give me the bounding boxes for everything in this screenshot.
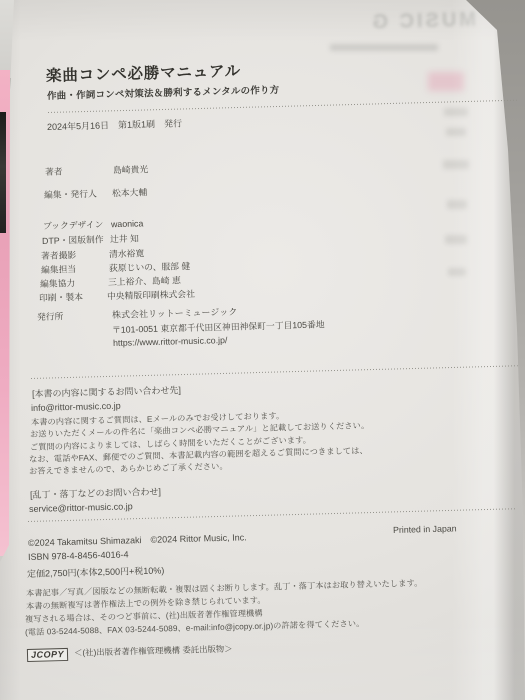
dotted-rule-top <box>48 100 518 113</box>
content-inquiry-heading: [本書の内容に関するお問い合わせ先] <box>32 383 181 400</box>
credit-label: 印刷・製本 <box>39 289 107 304</box>
copyright-line: ©2024 Takamitsu Shimazaki ©2024 Rittor M… <box>28 530 247 549</box>
defect-inquiry-email: service@rittor-music.co.jp <box>29 501 133 514</box>
credit-value: 松本大輔 <box>112 187 147 198</box>
credit-label: 編集・発行人 <box>44 186 112 201</box>
edition-line: 2024年5月16日 第1版1刷 発行 <box>47 116 182 133</box>
publisher-name: 株式会社リットーミュージック <box>112 305 238 321</box>
jcopy-logo: JCOPY <box>27 648 68 662</box>
content-inquiry-email: info@rittor-music.co.jp <box>31 401 121 413</box>
book-title: 楽曲コンペ必勝マニュアル <box>46 59 241 86</box>
jcopy-row: JCOPY＜(社)出版者著作権管理機構 委託出版物＞ <box>27 640 233 663</box>
defect-inquiry-heading: [乱丁・落丁などのお問い合わせ] <box>30 485 161 501</box>
publisher-url: https://www.rittor-music.co.jp/ <box>113 335 228 348</box>
credit-label: 著者 <box>45 163 113 178</box>
isbn-line: ISBN 978-4-8456-4016-4 <box>28 549 129 562</box>
credit-value: 島崎貴光 <box>113 164 148 175</box>
credit-row: 印刷・製本中央精版印刷株式会社 <box>39 284 195 306</box>
credit-row: 編集・発行人松本大輔 <box>44 182 148 203</box>
credit-value: 中央精版印刷株式会社 <box>107 289 195 301</box>
jcopy-caption: ＜(社)出版者著作権管理機構 委託出版物＞ <box>74 644 233 658</box>
publisher-label: 発行所 <box>37 309 64 323</box>
publisher-address: 〒101-0051 東京都千代田区神田神保町一丁目105番地 <box>112 317 325 336</box>
dotted-rule-middle <box>31 365 518 379</box>
price-line: 定価2,750円(本体2,500円+税10%) <box>27 563 165 580</box>
credit-row: 著者島崎貴光 <box>45 159 149 180</box>
colophon-content: 楽曲コンペ必勝マニュアル 作曲・作詞コンペ対策法＆勝利するメンタルの作り方 20… <box>0 0 525 700</box>
printed-in-japan: Printed in Japan <box>393 523 457 535</box>
